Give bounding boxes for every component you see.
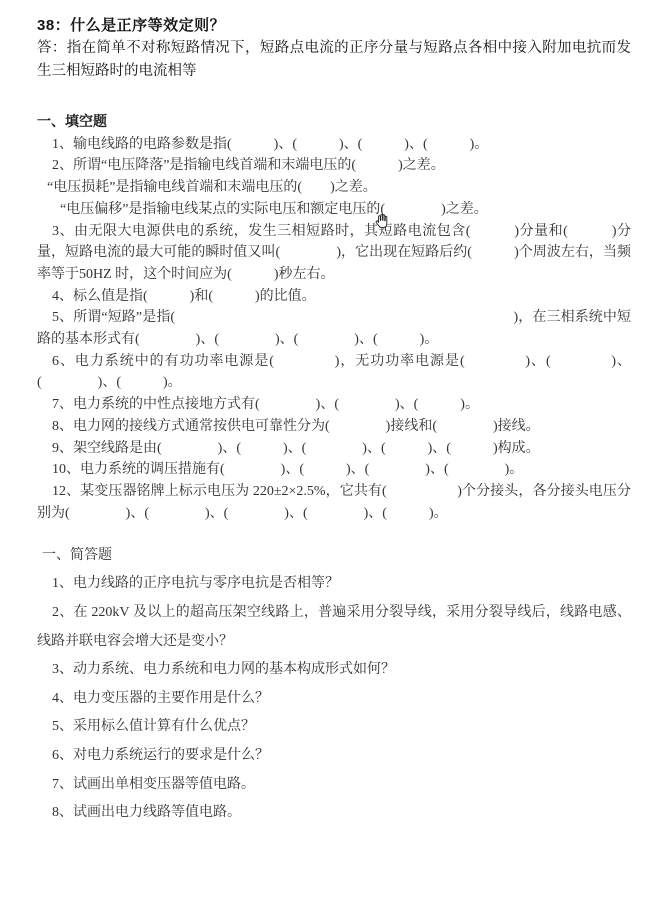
fill-item-8: 8、电力网的接线方式通常按供电可靠性分为( )接线和( )接线。: [37, 416, 631, 438]
short-item-1: 1、电力线路的正序电抗与零序电抗是否相等？: [37, 570, 631, 599]
document-page: 38：什么是正序等效定则？ 答：指在简单不对称短路情况下，短路点电流的正序分量与…: [0, 0, 668, 923]
fill-in-section: 一、填空题 1、输电线路的电路参数是指( )、( )、( )、( )。 2、所谓…: [37, 112, 631, 524]
question-answer: 答：指在简单不对称短路情况下，短路点电流的正序分量与短路点各相中接入附加电抗而发…: [37, 37, 631, 83]
fill-item-2: 2、所谓“电压降落”是指输电线首端和末端电压的( )之差。: [37, 155, 631, 177]
fill-section-heading: 一、填空题: [37, 112, 631, 134]
short-item-3: 3、动力系统、电力系统和电力网的基本构成形式如何？: [37, 656, 631, 685]
fill-item-2-sub-loss: “电压损耗”是指输电线首端和末端电压的( )之差。: [37, 177, 631, 199]
short-item-2: 2、在 220kV 及以上的超高压架空线路上，普遍采用分裂导线，采用分裂导线后，…: [37, 599, 631, 656]
fill-item-10: 10、电力系统的调压措施有( )、( )、( )、( )。: [37, 459, 631, 481]
fill-item-4: 4、标么值是指( )和( )的比值。: [37, 286, 631, 308]
short-item-5: 5、采用标么值计算有什么优点？: [37, 713, 631, 742]
short-item-7: 7、试画出单相变压器等值电路。: [37, 771, 631, 800]
question-title: 38：什么是正序等效定则？: [37, 14, 631, 37]
fill-item-6: 6、电力系统中的有功功率电源是( )，无功功率电源是( )、( )、( )、( …: [37, 351, 631, 394]
fill-item-5: 5、所谓“短路”是指( )，在三相系统中短路的基本形式有( )、( )、( )、…: [37, 307, 631, 350]
qa-header: 38：什么是正序等效定则？ 答：指在简单不对称短路情况下，短路点电流的正序分量与…: [37, 14, 631, 83]
fill-item-7: 7、电力系统的中性点接地方式有( )、( )、( )。: [37, 394, 631, 416]
short-section-heading: 一、简答题: [37, 545, 631, 567]
fill-item-9: 9、架空线路是由( )、( )、( )、( )、( )构成。: [37, 438, 631, 460]
fill-item-12: 12、某变压器铭牌上标示电压为 220±2×2.5%，它共有( )个分接头，各分…: [37, 481, 631, 524]
short-item-6: 6、对电力系统运行的要求是什么？: [37, 742, 631, 771]
short-item-4: 4、电力变压器的主要作用是什么？: [37, 685, 631, 714]
short-item-8: 8、试画出电力线路等值电路。: [37, 799, 631, 828]
fill-item-2-sub-offset: “电压偏移”是指输电线某点的实际电压和额定电压的( )之差。: [37, 199, 631, 221]
fill-item-1: 1、输电线路的电路参数是指( )、( )、( )、( )。: [37, 134, 631, 156]
fill-item-3: 3、由无限大电源供电的系统，发生三相短路时，其短路电流包含( )分量和( )分量…: [37, 221, 631, 286]
short-answer-section: 一、简答题 1、电力线路的正序电抗与零序电抗是否相等？ 2、在 220kV 及以…: [37, 545, 631, 827]
